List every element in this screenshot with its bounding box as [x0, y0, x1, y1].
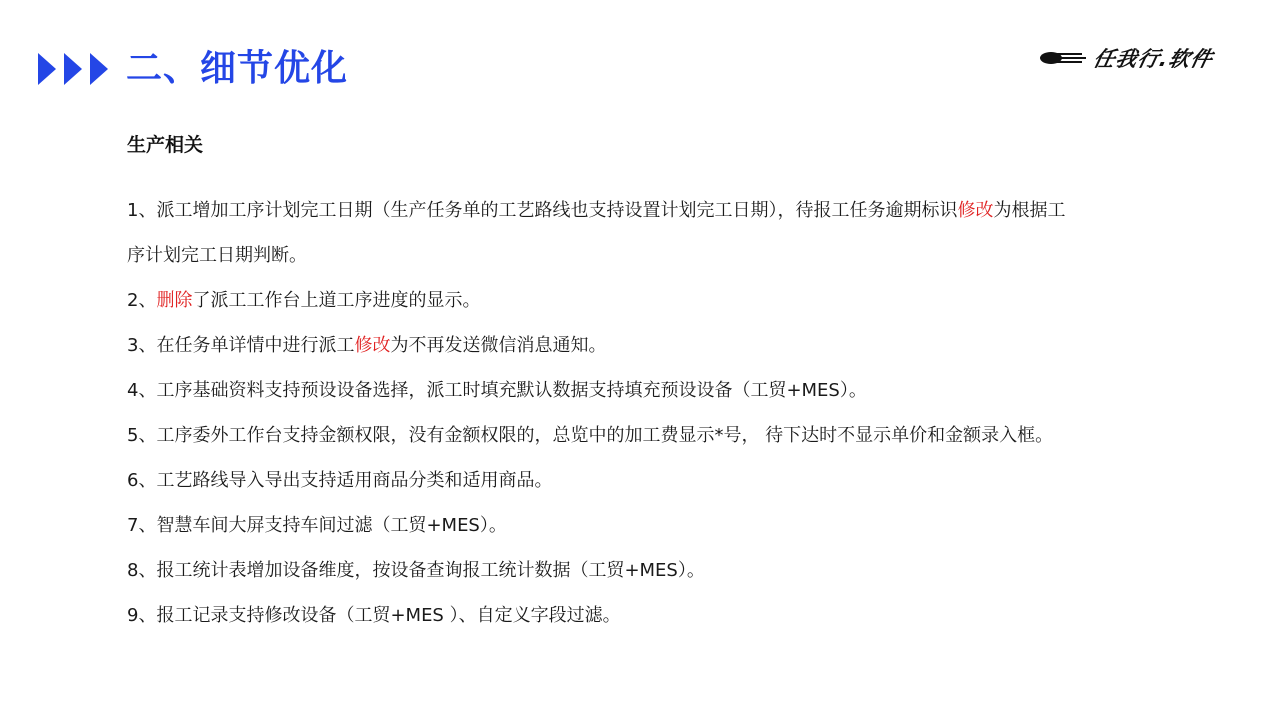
triple-arrow-icon [38, 53, 108, 85]
list-item: 6、工艺路线导入导出支持适用商品分类和适用商品。 [127, 458, 1087, 503]
list-item: 8、报工统计表增加设备维度，按设备查询报工统计数据（工贸+MES）。 [127, 548, 1087, 593]
section-heading: 生产相关 [127, 132, 203, 158]
page-title: 二、细节优化 [126, 46, 348, 92]
list-item: 9、报工记录支持修改设备（工贸+MES ）、自定义字段过滤。 [127, 593, 1087, 638]
list-item: 5、工序委外工作台支持金额权限，没有金额权限的，总览中的加工费显示*号， 待下达… [127, 413, 1087, 458]
list-item: 3、在任务单详情中进行派工修改为不再发送微信消息通知。 [127, 323, 1087, 368]
arrow-icon [90, 53, 108, 85]
arrow-icon [38, 53, 56, 85]
list-item: 2、删除了派工工作台上道工序进度的显示。 [127, 278, 1087, 323]
list-item: 4、工序基础资料支持预设设备选择，派工时填充默认数据支持填充预设设备（工贸+ME… [127, 368, 1087, 413]
brand-name: 任我行.软件 [1091, 43, 1216, 73]
highlight-text: 修改 [957, 200, 993, 221]
arrow-icon [64, 53, 82, 85]
highlight-text: 删除 [156, 290, 192, 311]
list-item: 1、派工增加工序计划完工日期（生产任务单的工艺路线也支持设置计划完工日期），待报… [127, 188, 1077, 278]
changelog-list: 1、派工增加工序计划完工日期（生产任务单的工艺路线也支持设置计划完工日期），待报… [127, 188, 1087, 638]
slide-header: 二、细节优化 [38, 46, 348, 92]
swoosh-logo-icon [1040, 50, 1086, 66]
highlight-text: 修改 [354, 335, 390, 356]
brand-logo: 任我行.软件 [1040, 44, 1213, 72]
list-item: 7、智慧车间大屏支持车间过滤（工贸+MES）。 [127, 503, 1087, 548]
